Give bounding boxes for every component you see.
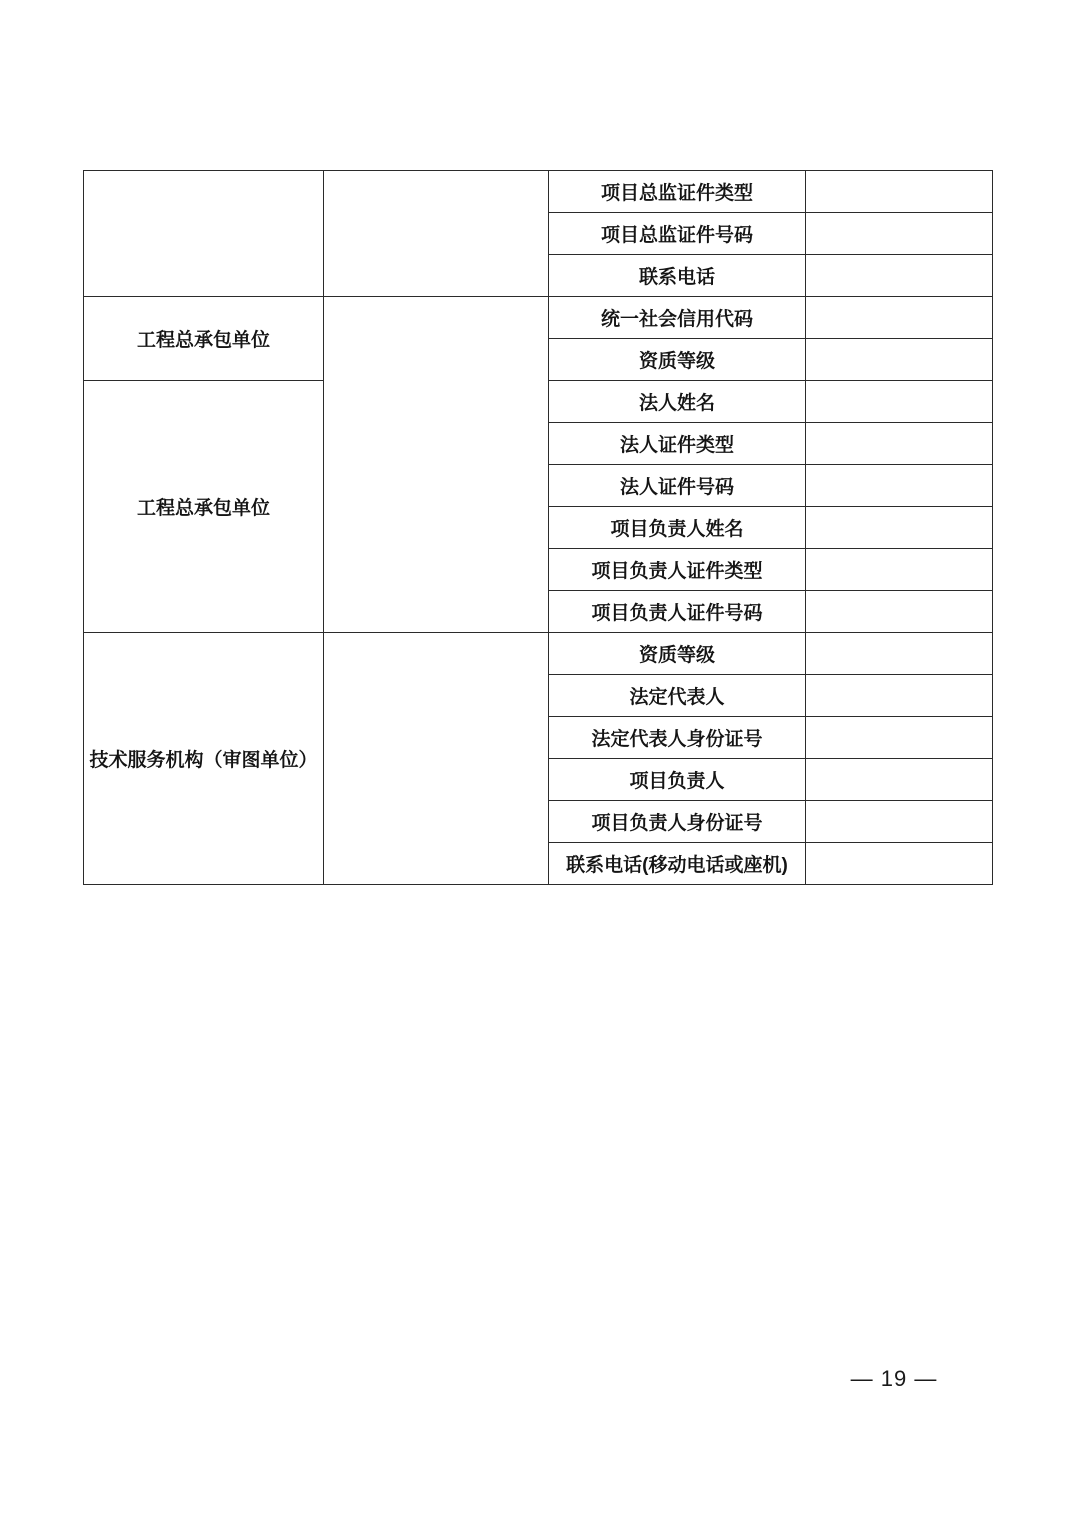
field-label-cell: 项目负责人 xyxy=(549,759,806,801)
unit-cell-continued xyxy=(84,171,324,297)
value-cell xyxy=(806,549,993,591)
value-cell xyxy=(806,213,993,255)
value-cell xyxy=(806,591,993,633)
field-label-cell: 项目负责人证件号码 xyxy=(549,591,806,633)
table-row: 技术服务机构（审图单位） 资质等级 xyxy=(84,633,993,675)
field-label-cell: 项目负责人姓名 xyxy=(549,507,806,549)
field-label-cell: 项目负责人身份证号 xyxy=(549,801,806,843)
table-row: 项目总监证件类型 xyxy=(84,171,993,213)
field-label-cell: 法定代表人身份证号 xyxy=(549,717,806,759)
value-cell xyxy=(806,171,993,213)
field-label-cell: 法人姓名 xyxy=(549,381,806,423)
spacer-cell xyxy=(324,297,549,633)
value-cell xyxy=(806,381,993,423)
spacer-cell xyxy=(324,171,549,297)
document-page: 项目总监证件类型 项目总监证件号码 联系电话 工程总承包单位 统一社会信用代码 … xyxy=(0,0,1074,1520)
value-cell xyxy=(806,339,993,381)
field-label-cell: 统一社会信用代码 xyxy=(549,297,806,339)
value-cell xyxy=(806,297,993,339)
field-label-cell: 法人证件类型 xyxy=(549,423,806,465)
value-cell xyxy=(806,759,993,801)
table-row: 工程总承包单位 统一社会信用代码 xyxy=(84,297,993,339)
field-label-cell: 资质等级 xyxy=(549,339,806,381)
value-cell xyxy=(806,423,993,465)
value-cell xyxy=(806,255,993,297)
value-cell xyxy=(806,843,993,885)
value-cell xyxy=(806,801,993,843)
field-label-cell: 联系电话(移动电话或座机) xyxy=(549,843,806,885)
value-cell xyxy=(806,717,993,759)
field-label-cell: 项目总监证件类型 xyxy=(549,171,806,213)
field-label-cell: 资质等级 xyxy=(549,633,806,675)
unit-cell-epc-contractor: 工程总承包单位 xyxy=(84,381,324,633)
page-number: — 19 — xyxy=(843,1366,945,1392)
spacer-cell xyxy=(324,633,549,885)
value-cell xyxy=(806,507,993,549)
field-label-cell: 项目负责人证件类型 xyxy=(549,549,806,591)
value-cell xyxy=(806,675,993,717)
unit-cell-epc-contractor: 工程总承包单位 xyxy=(84,297,324,381)
field-label-cell: 项目总监证件号码 xyxy=(549,213,806,255)
field-label-cell: 法人证件号码 xyxy=(549,465,806,507)
value-cell xyxy=(806,633,993,675)
project-info-table: 项目总监证件类型 项目总监证件号码 联系电话 工程总承包单位 统一社会信用代码 … xyxy=(83,170,993,885)
field-label-cell: 联系电话 xyxy=(549,255,806,297)
field-label-cell: 法定代表人 xyxy=(549,675,806,717)
unit-cell-technical-service-agency: 技术服务机构（审图单位） xyxy=(84,633,324,885)
value-cell xyxy=(806,465,993,507)
